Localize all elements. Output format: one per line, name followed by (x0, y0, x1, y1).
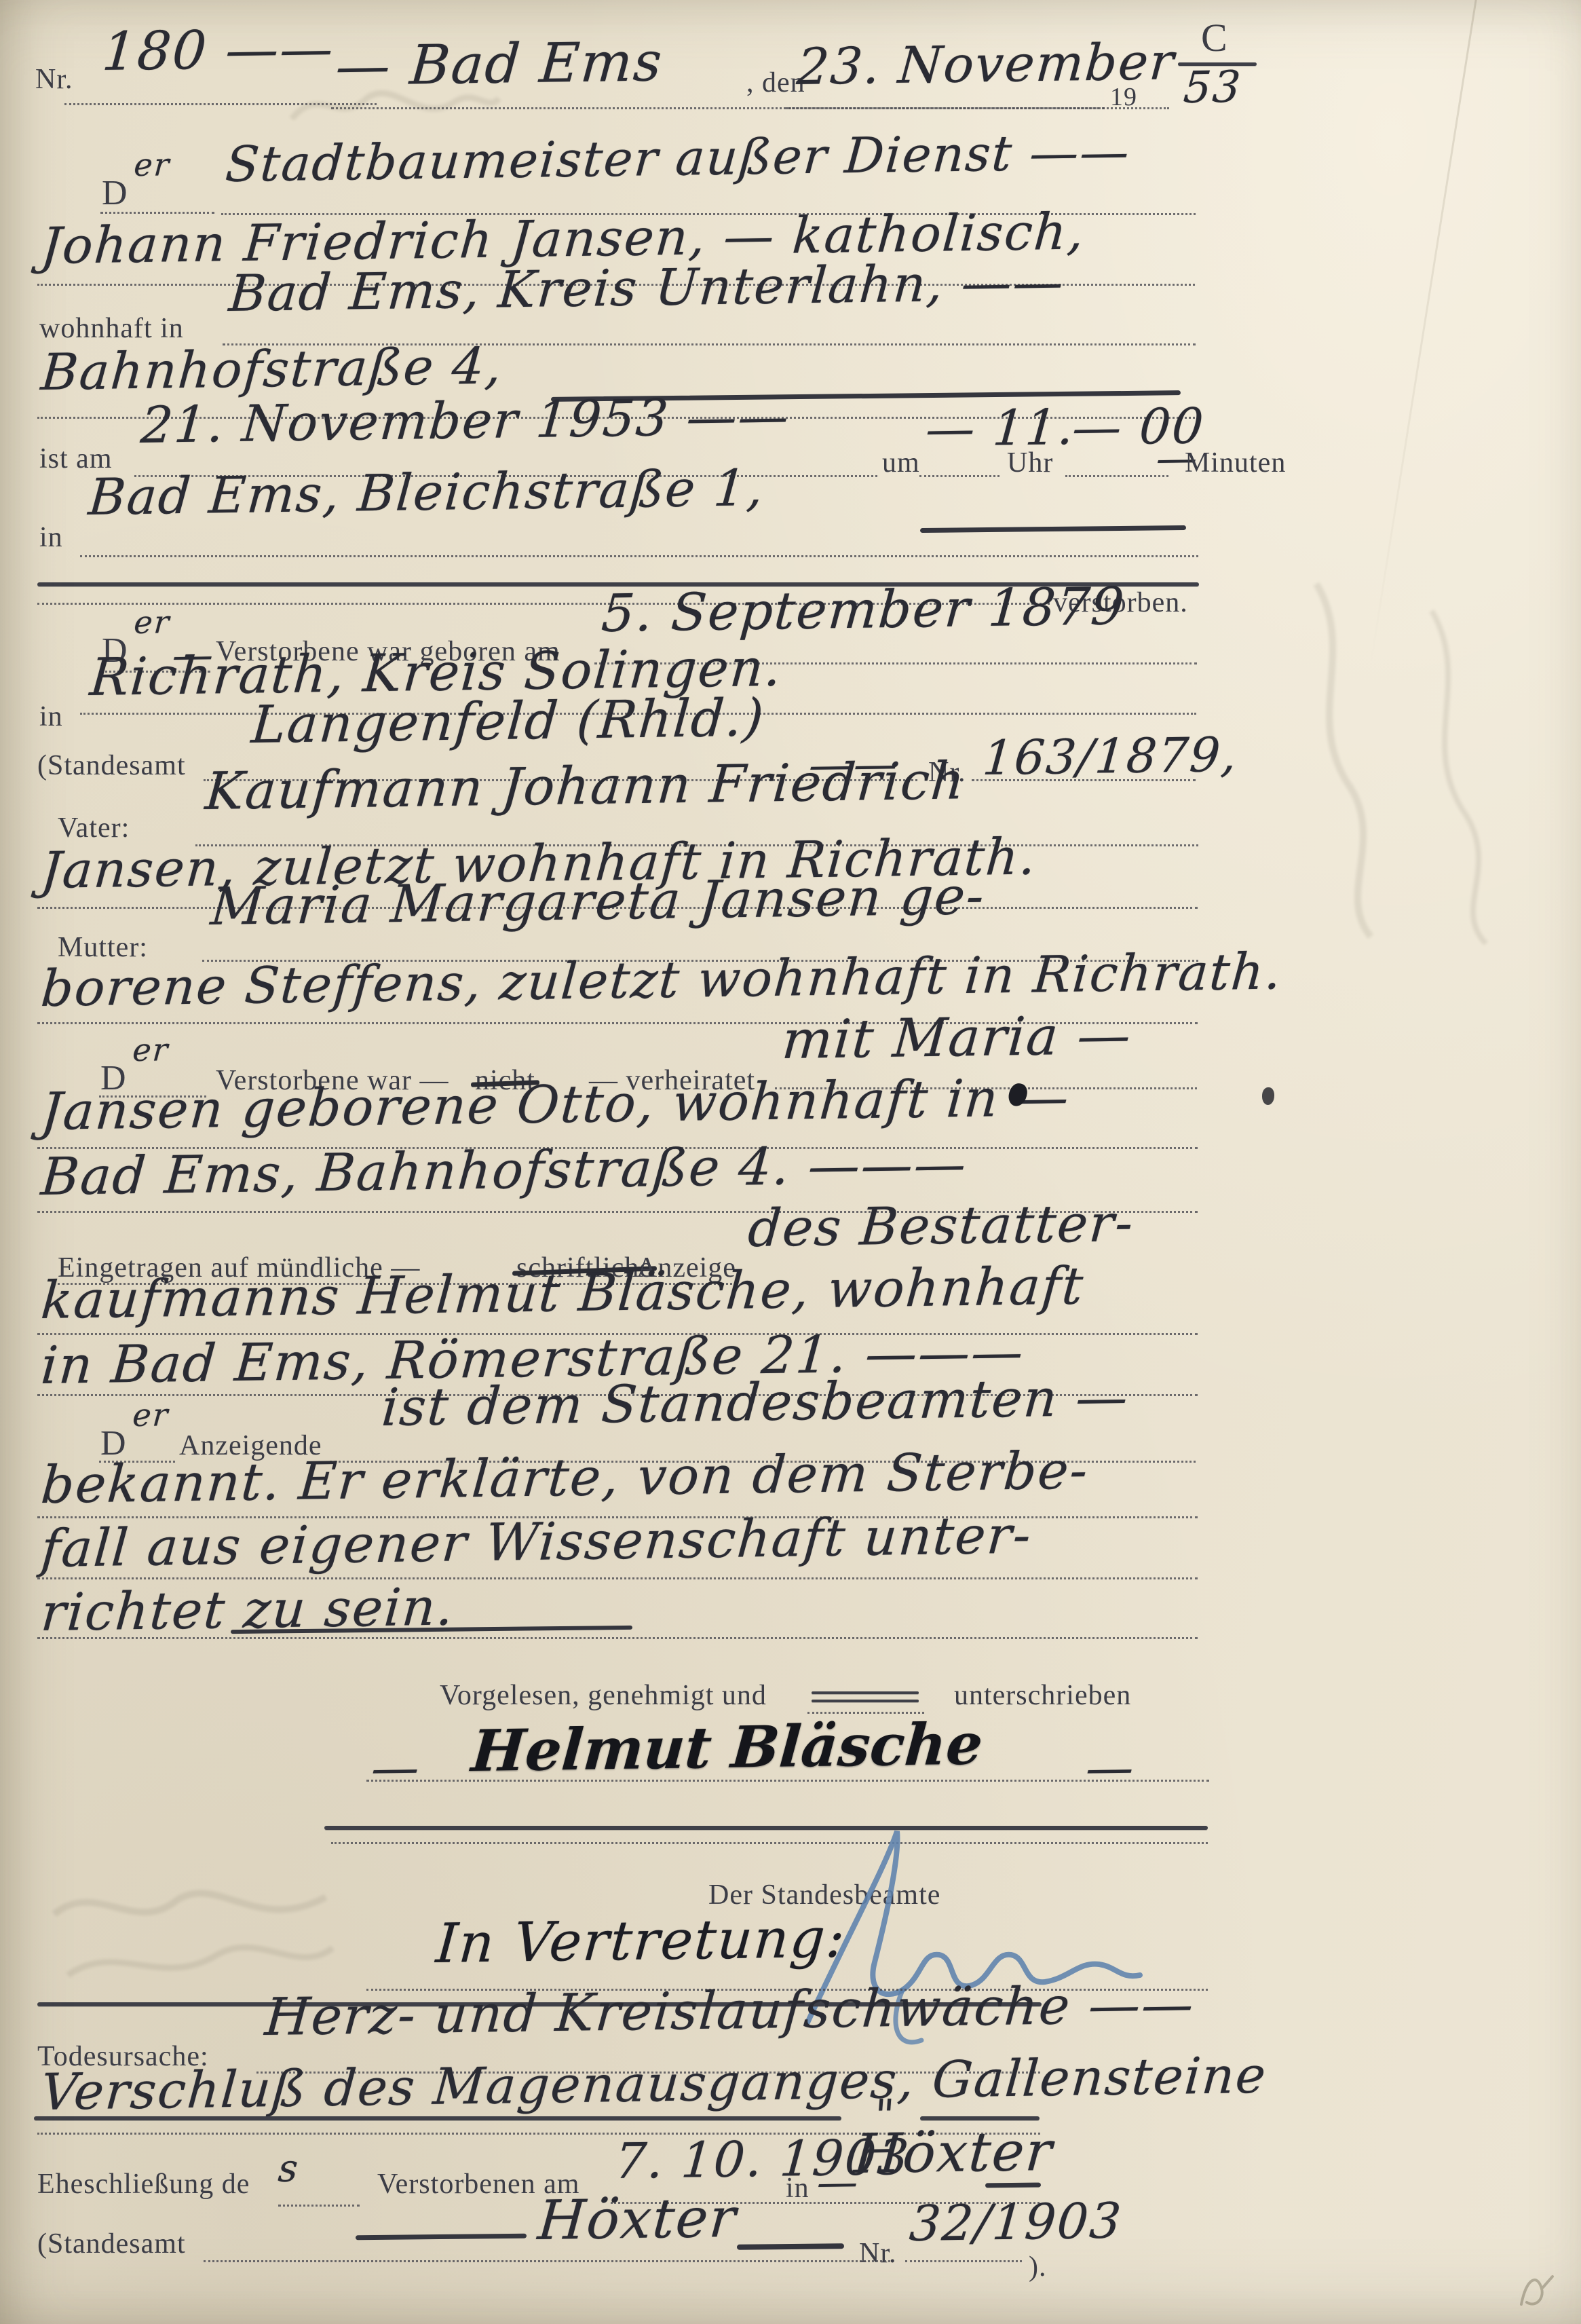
read-approved-label: Vorgelesen, genehmigt und (440, 1681, 767, 1710)
hand-gap-line (812, 1700, 919, 1702)
birth-registry-number: 163/1879, (981, 731, 1240, 782)
hand-s-suffix: s (277, 2150, 301, 2188)
uhr-label: Uhr (1007, 448, 1053, 478)
record-number-label: Nr. (35, 64, 73, 94)
known-line1: ist dem Standesbeamten — (380, 1372, 1130, 1433)
hand-gap-line (812, 1691, 919, 1694)
death-date: 21. November 1953 —— (139, 392, 792, 451)
death-place-in-label: in (39, 523, 63, 552)
hand-er-suffix: er (133, 606, 172, 638)
hand-dash: — (370, 1744, 422, 1792)
informant-signature: Helmut Bläsche (470, 1715, 985, 1780)
record-number-value: 180 —— (100, 22, 336, 79)
death-hour: — 11. (924, 402, 1077, 453)
hand-filler-line (356, 2234, 527, 2241)
printed-d-deceased: D (102, 175, 128, 212)
mother-line1: Maria Margareta Jansen ge- (209, 870, 987, 933)
paper-crease (1369, 0, 1483, 668)
death-register-page: Nr. 180 —— — Bad Ems , den 23. November … (0, 0, 1581, 2324)
spouse-line1: mit Maria — (780, 1009, 1134, 1067)
death-place: Bad Ems, Bleichstraße 1, (87, 463, 766, 523)
dotted-line (905, 2260, 1022, 2262)
cause-line2: Verschluß des Magenausganges, Gallenstei… (39, 2050, 1269, 2118)
informant-line1: des Bestatter- (746, 1197, 1136, 1254)
mother-line2: borene Steffens, zuletzt wohnhaft in Ric… (39, 946, 1284, 1014)
birth-registry-office: Langenfeld (Rhld.) (250, 692, 767, 751)
birth-date: 5. September 1879 (600, 580, 1127, 639)
signed-label: unterschrieben (954, 1681, 1131, 1710)
corner-form-mark: C (1201, 18, 1227, 59)
cause-line1: Herz- und Kreislaufschwäche —— (263, 1979, 1196, 2043)
hand-er-suffix: er (132, 1034, 170, 1066)
spouse-line3: Bad Ems, Bahnhofstraße 4. ——— (39, 1138, 969, 1203)
prior-marriage-in-label: in (786, 2173, 809, 2203)
dotted-line (204, 2260, 890, 2262)
hand-er-suffix: er (133, 149, 172, 181)
prior-registry-label: (Standesamt (37, 2229, 186, 2259)
father-label: Vater: (58, 813, 130, 843)
ink-smudge (1262, 1087, 1274, 1105)
birth-registry-label: (Standesamt (37, 751, 186, 781)
known-line2: bekannt. Er erklärte, von dem Sterbe- (39, 1444, 1090, 1511)
dotted-line (80, 555, 1198, 557)
residence-line1: Bad Ems, Kreis Unterlahn, —— (227, 257, 1067, 319)
prior-registry-place: Höxter (536, 2191, 739, 2248)
dotted-line (972, 779, 1196, 781)
residence-label: wohnhaft in (39, 314, 184, 343)
residence-line2: Bahnhofstraße 4, (39, 341, 504, 398)
ink-showthrough (285, 71, 502, 139)
pencil-corner-mark (1515, 2267, 1562, 2314)
ink-showthrough (41, 1860, 339, 2002)
prior-registry-number: 32/1903 (908, 2196, 1124, 2248)
dotted-line (919, 475, 999, 477)
closing-paren: ). (1029, 2252, 1047, 2282)
registration-year: 53 (1182, 66, 1243, 110)
prior-marriage-place: Höxter (852, 2124, 1055, 2181)
dotted-line (366, 1780, 1209, 1782)
dotted-line (37, 1637, 1198, 1639)
known-line3: fall aus eigener Wissenschaft unter- (39, 1510, 1033, 1575)
dotted-line (1065, 475, 1168, 477)
dotted-line (278, 2205, 360, 2207)
hand-filler-line (985, 2183, 1041, 2188)
minuten-label: Minuten (1185, 448, 1286, 478)
prior-registry-nr-label: Nr. (859, 2238, 897, 2268)
dotted-line (786, 107, 1169, 109)
hand-dash: — (1084, 1744, 1137, 1792)
hand-er-suffix: er (132, 1399, 170, 1431)
section-rule (34, 2116, 841, 2120)
dotted-line (100, 212, 214, 214)
ink-showthrough (1276, 570, 1520, 950)
father-line1: Kaufmann Johann Friedrich (204, 755, 968, 817)
hand-filler-line (920, 525, 1186, 533)
informant-line2: kaufmanns Helmut Bläsche, wohnhaft (39, 1260, 1086, 1326)
spouse-line2: Jansen geborene Otto, wohnhaft in — (39, 1072, 1071, 1138)
birth-place-in-label: in (39, 702, 63, 732)
um-label: um (882, 448, 920, 478)
hand-filler-line (737, 2243, 844, 2250)
prior-marriage-label1: Eheschließung de (37, 2169, 250, 2199)
corner-mark-underline (1178, 62, 1257, 66)
